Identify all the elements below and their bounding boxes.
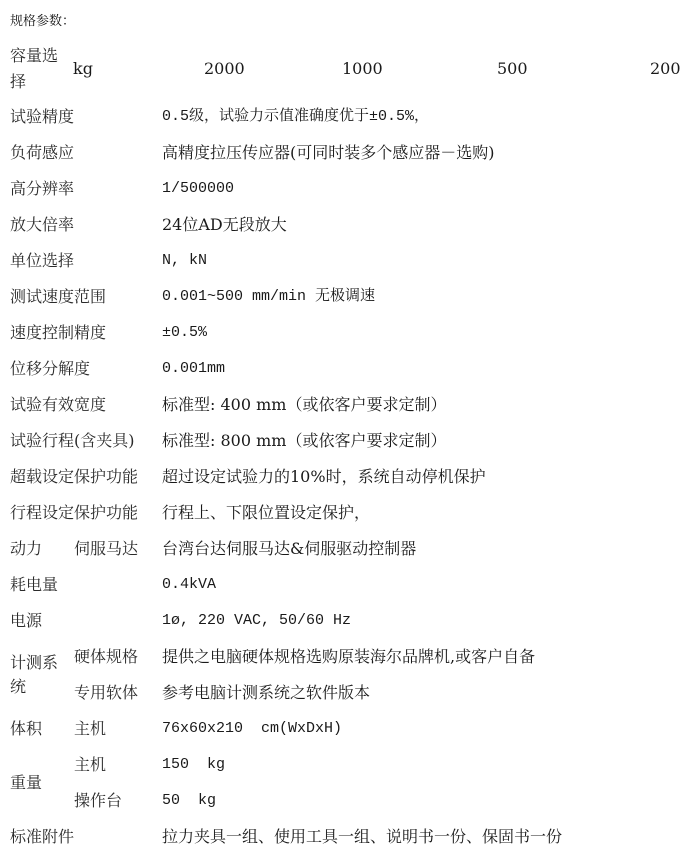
- row-value-stroke-protection: 行程上、下限位置设定保护，: [162, 503, 370, 523]
- row-value-displacement-resolution: 0.001mm: [162, 359, 225, 379]
- row-label-accuracy: 试验精度: [10, 107, 74, 127]
- row-label-test-stroke: 试验行程(含夹具): [10, 431, 135, 451]
- weight-main-value: 150 kg: [162, 755, 225, 775]
- row-value-test-stroke: 标准型: 800 mm（或依客户要求定制）: [162, 431, 446, 451]
- row-value-amplification: 24位AD无段放大: [162, 215, 287, 235]
- weight-console-sublabel: 操作台: [74, 791, 122, 811]
- consumption-value: 0.4kVA: [162, 575, 216, 595]
- measure-hardware-sublabel: 硬体规格: [74, 647, 138, 667]
- volume-value: 76x60x210 cm(WxDxH): [162, 719, 342, 739]
- power-value: 台湾台达伺服马达&伺服驱动控制器: [162, 539, 416, 559]
- supply-value: 1ø, 220 VAC, 50/60 Hz: [162, 611, 351, 631]
- spec-heading: 规格参数：: [10, 10, 75, 29]
- capacity-option-200: 200: [650, 59, 681, 79]
- row-value-test-width: 标准型: 400 mm（或依客户要求定制）: [162, 395, 446, 415]
- row-label-stroke-protection: 行程设定保护功能: [10, 503, 138, 523]
- volume-sublabel: 主机: [74, 719, 106, 739]
- capacity-option-1000: 1000: [342, 59, 383, 79]
- accessories-value: 拉力夹具一组、使用工具一组、说明书一份、保固书一份: [162, 827, 562, 847]
- row-value-units: N, kN: [162, 251, 207, 271]
- power-label: 动力: [10, 539, 42, 559]
- row-label-speed-range: 测试速度范围: [10, 287, 106, 307]
- row-value-speed-accuracy: ±0.5%: [162, 323, 207, 343]
- row-label-displacement-resolution: 位移分解度: [10, 359, 90, 379]
- consumption-label: 耗电量: [10, 575, 58, 595]
- row-label-resolution: 高分辨率: [10, 179, 74, 199]
- weight-console-value: 50 kg: [162, 791, 216, 811]
- row-label-amplification: 放大倍率: [10, 215, 74, 235]
- row-value-accuracy: 0.5级，试验力示值准确度优于±0.5%，: [162, 107, 429, 127]
- row-value-overload-protection: 超过设定试验力的10%时，系统自动停机保护: [162, 467, 486, 487]
- measure-software-sublabel: 专用软体: [74, 683, 138, 703]
- measure-label-line1: 计测系: [10, 653, 58, 673]
- measure-label-line2: 统: [10, 677, 26, 697]
- row-label-load-sensor: 负荷感应: [10, 143, 74, 163]
- row-value-load-sensor: 高精度拉压传应器(可同时装多个感应器－选购): [162, 143, 495, 163]
- row-label-overload-protection: 超载设定保护功能: [10, 467, 138, 487]
- measure-hardware-value: 提供之电脑硬体规格选购原装海尔品牌机,或客户自备: [162, 647, 535, 667]
- capacity-unit: kg: [73, 59, 93, 79]
- measure-software-value: 参考电脑计测系统之软件版本: [162, 683, 370, 703]
- capacity-label-line2: 择: [10, 72, 26, 92]
- accessories-label: 标准附件: [10, 827, 74, 847]
- power-sublabel: 伺服马达: [74, 539, 138, 559]
- capacity-label-line1: 容量选: [10, 46, 58, 66]
- row-value-resolution: 1/500000: [162, 179, 234, 199]
- volume-label: 体积: [10, 719, 42, 739]
- row-label-test-width: 试验有效宽度: [10, 395, 106, 415]
- weight-label: 重量: [10, 773, 42, 793]
- capacity-option-2000: 2000: [204, 59, 245, 79]
- weight-main-sublabel: 主机: [74, 755, 106, 775]
- row-label-speed-accuracy: 速度控制精度: [10, 323, 106, 343]
- capacity-option-500: 500: [497, 59, 528, 79]
- supply-label: 电源: [10, 611, 42, 631]
- row-value-speed-range: 0.001~500 mm/min 无极调速: [162, 287, 375, 307]
- row-label-units: 单位选择: [10, 251, 74, 271]
